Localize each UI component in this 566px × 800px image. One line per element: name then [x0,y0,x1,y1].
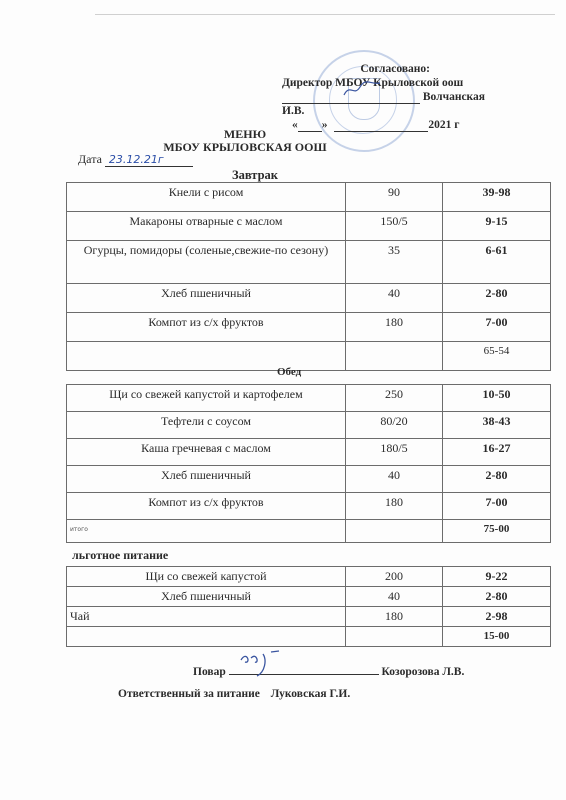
approval-title: Согласовано: [270,62,510,76]
cook-label: Повар [193,666,226,678]
dish-price: 39-98 [443,183,551,212]
approval-year: 2021 г [428,119,459,131]
table-row: Щи со свежей капустой и картофелем25010-… [67,385,551,412]
dish-name: Компот из с/х фруктов [67,493,346,520]
table-row: Макароны отварные с маслом150/59-15 [67,212,551,241]
table-row: Компот из с/х фруктов1807-00 [67,493,551,520]
dish-name: Кнели с рисом [67,183,346,212]
table-row: Компот из с/х фруктов1807-00 [67,313,551,342]
dish-portion: 40 [346,587,443,607]
dish-price: 7-00 [443,493,551,520]
dish-name: Щи со свежей капустой [67,567,346,587]
dish-portion: 40 [346,466,443,493]
dish-price: 2-80 [443,466,551,493]
breakfast-title: Завтрак [232,168,278,183]
table-row: Чай1802-98 [67,607,551,627]
total-label [67,342,346,371]
dish-name: Хлеб пшеничный [67,466,346,493]
table-row: Кнели с рисом9039-98 [67,183,551,212]
dish-portion: 180 [346,607,443,627]
total-label: итого [67,520,346,543]
dish-portion: 180/5 [346,439,443,466]
preferential-title: льготное питание [72,548,168,563]
dish-price: 38-43 [443,412,551,439]
dish-name: Компот из с/х фруктов [67,313,346,342]
table-row: Хлеб пшеничный402-80 [67,587,551,607]
dish-price: 6-61 [443,241,551,284]
responsible-line: Ответственный за питание Луковская Г.И. [118,688,350,700]
menu-title-block: МЕНЮ МБОУ КРЫЛОВСКАЯ ООШ [120,128,370,154]
dish-portion: 180 [346,313,443,342]
dish-price: 2-80 [443,587,551,607]
cook-signature-icon [237,650,287,680]
total-portion [346,627,443,647]
dish-name: Макароны отварные с маслом [67,212,346,241]
dish-name: Хлеб пшеничный [67,284,346,313]
approval-director: Директор МБОУ Крыловской оош [270,76,510,90]
scan-edge-line [95,14,555,15]
dish-name: Щи со свежей капустой и картофелем [67,385,346,412]
responsible-label: Ответственный за питание [118,688,260,700]
date-label: Дата [78,152,102,166]
dish-name: Хлеб пшеничный [67,587,346,607]
total-row: итого75-00 [67,520,551,543]
dish-portion: 35 [346,241,443,284]
table-row: Тефтели с соусом80/2038-43 [67,412,551,439]
dish-portion: 40 [346,284,443,313]
total-label [67,627,346,647]
dish-portion: 150/5 [346,212,443,241]
responsible-name: Луковская Г.И. [271,688,350,700]
date-value: 23.12.21г [105,153,193,167]
approval-signature-line: Волчанская И.В. [270,90,510,118]
dish-price: 2-80 [443,284,551,313]
total-price: 15-00 [443,627,551,647]
dish-name: Тефтели с соусом [67,412,346,439]
table-row: Хлеб пшеничный402-80 [67,284,551,313]
total-row: 15-00 [67,627,551,647]
approval-block: Согласовано: Директор МБОУ Крыловской оо… [270,62,510,132]
dish-portion: 90 [346,183,443,212]
total-price: 75-00 [443,520,551,543]
dish-portion: 80/20 [346,412,443,439]
director-signature-line [282,91,420,104]
date-row: Дата 23.12.21г [78,152,193,167]
total-row: 65-54 [67,342,551,371]
cook-line: Повар Козорозова Л.В. [193,662,464,678]
lunch-table: Щи со свежей капустой и картофелем25010-… [66,384,551,543]
total-portion [346,520,443,543]
dish-portion: 200 [346,567,443,587]
dish-name: Огурцы, помидоры (соленые,свежие-по сезо… [67,241,346,284]
dish-price: 16-27 [443,439,551,466]
dish-price: 9-15 [443,212,551,241]
cook-signature-line [229,662,379,675]
table-row: Каша гречневая с маслом180/516-27 [67,439,551,466]
table-row: Хлеб пшеничный402-80 [67,466,551,493]
breakfast-table: Кнели с рисом9039-98Макароны отварные с … [66,182,551,371]
total-portion [346,342,443,371]
dish-price: 7-00 [443,313,551,342]
dish-price: 10-50 [443,385,551,412]
cook-name: Козорозова Л.В. [382,666,465,678]
table-row: Щи со свежей капустой2009-22 [67,567,551,587]
dish-name: Каша гречневая с маслом [67,439,346,466]
dish-portion: 250 [346,385,443,412]
dish-price: 2-98 [443,607,551,627]
total-price: 65-54 [443,342,551,371]
table-row: Огурцы, помидоры (соленые,свежие-по сезо… [67,241,551,284]
dish-price: 9-22 [443,567,551,587]
director-signature-icon [342,81,382,99]
preferential-table: Щи со свежей капустой2009-22Хлеб пшеничн… [66,566,551,647]
lunch-title: Обед [277,366,301,378]
dish-name: Чай [67,607,346,627]
dish-portion: 180 [346,493,443,520]
